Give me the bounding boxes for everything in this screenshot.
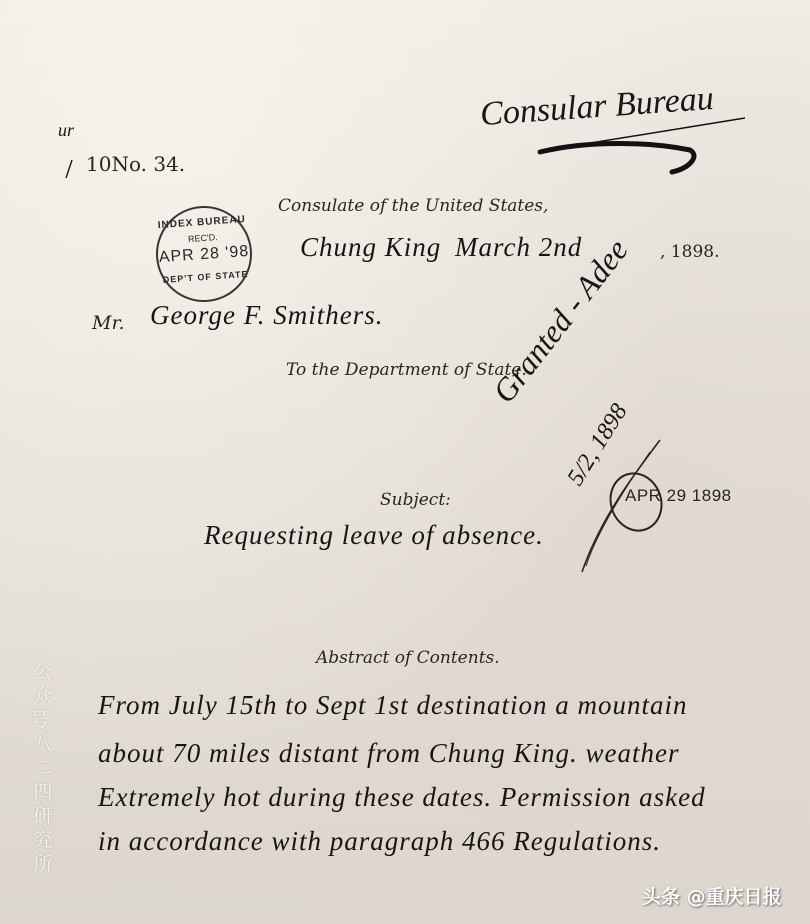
stamp-bottom-text: DEP'T OF STATE xyxy=(159,269,251,285)
abstract-label: Abstract of Contents. xyxy=(316,648,500,668)
year-printed: , 1898. xyxy=(660,242,719,262)
abstract-line: about 70 miles distant from Chung King. … xyxy=(98,738,680,769)
top-left-annotation: ur xyxy=(58,120,74,141)
stamp-date-text: APR 28 '98 xyxy=(158,243,251,267)
date-handwritten: March 2nd xyxy=(455,232,582,263)
subject-text: Requesting leave of absence. xyxy=(204,520,544,551)
abstract-line: From July 15th to Sept 1st destination a… xyxy=(98,690,687,721)
place-handwritten: Chung King xyxy=(300,232,441,263)
abstract-line: in accordance with paragraph 466 Regulat… xyxy=(98,826,661,857)
source-watermark: 头条 @重庆日报 xyxy=(642,882,782,909)
dispatch-number: 10No. 34. xyxy=(86,152,185,176)
abstract-line: Extremely hot during these dates. Permis… xyxy=(98,782,706,813)
letterhead-consulate: Consulate of the United States, xyxy=(278,196,548,216)
vertical-watermark: 公众号：八二四研究所 xyxy=(30,660,56,876)
addressee-prefix: Mr. xyxy=(92,312,125,334)
recipient-department: To the Department of State. xyxy=(286,360,527,380)
subject-label: Subject: xyxy=(380,490,451,510)
date-stamp: APR 29 1898 xyxy=(625,486,732,506)
addressee-name: George F. Smithers. xyxy=(150,300,383,331)
